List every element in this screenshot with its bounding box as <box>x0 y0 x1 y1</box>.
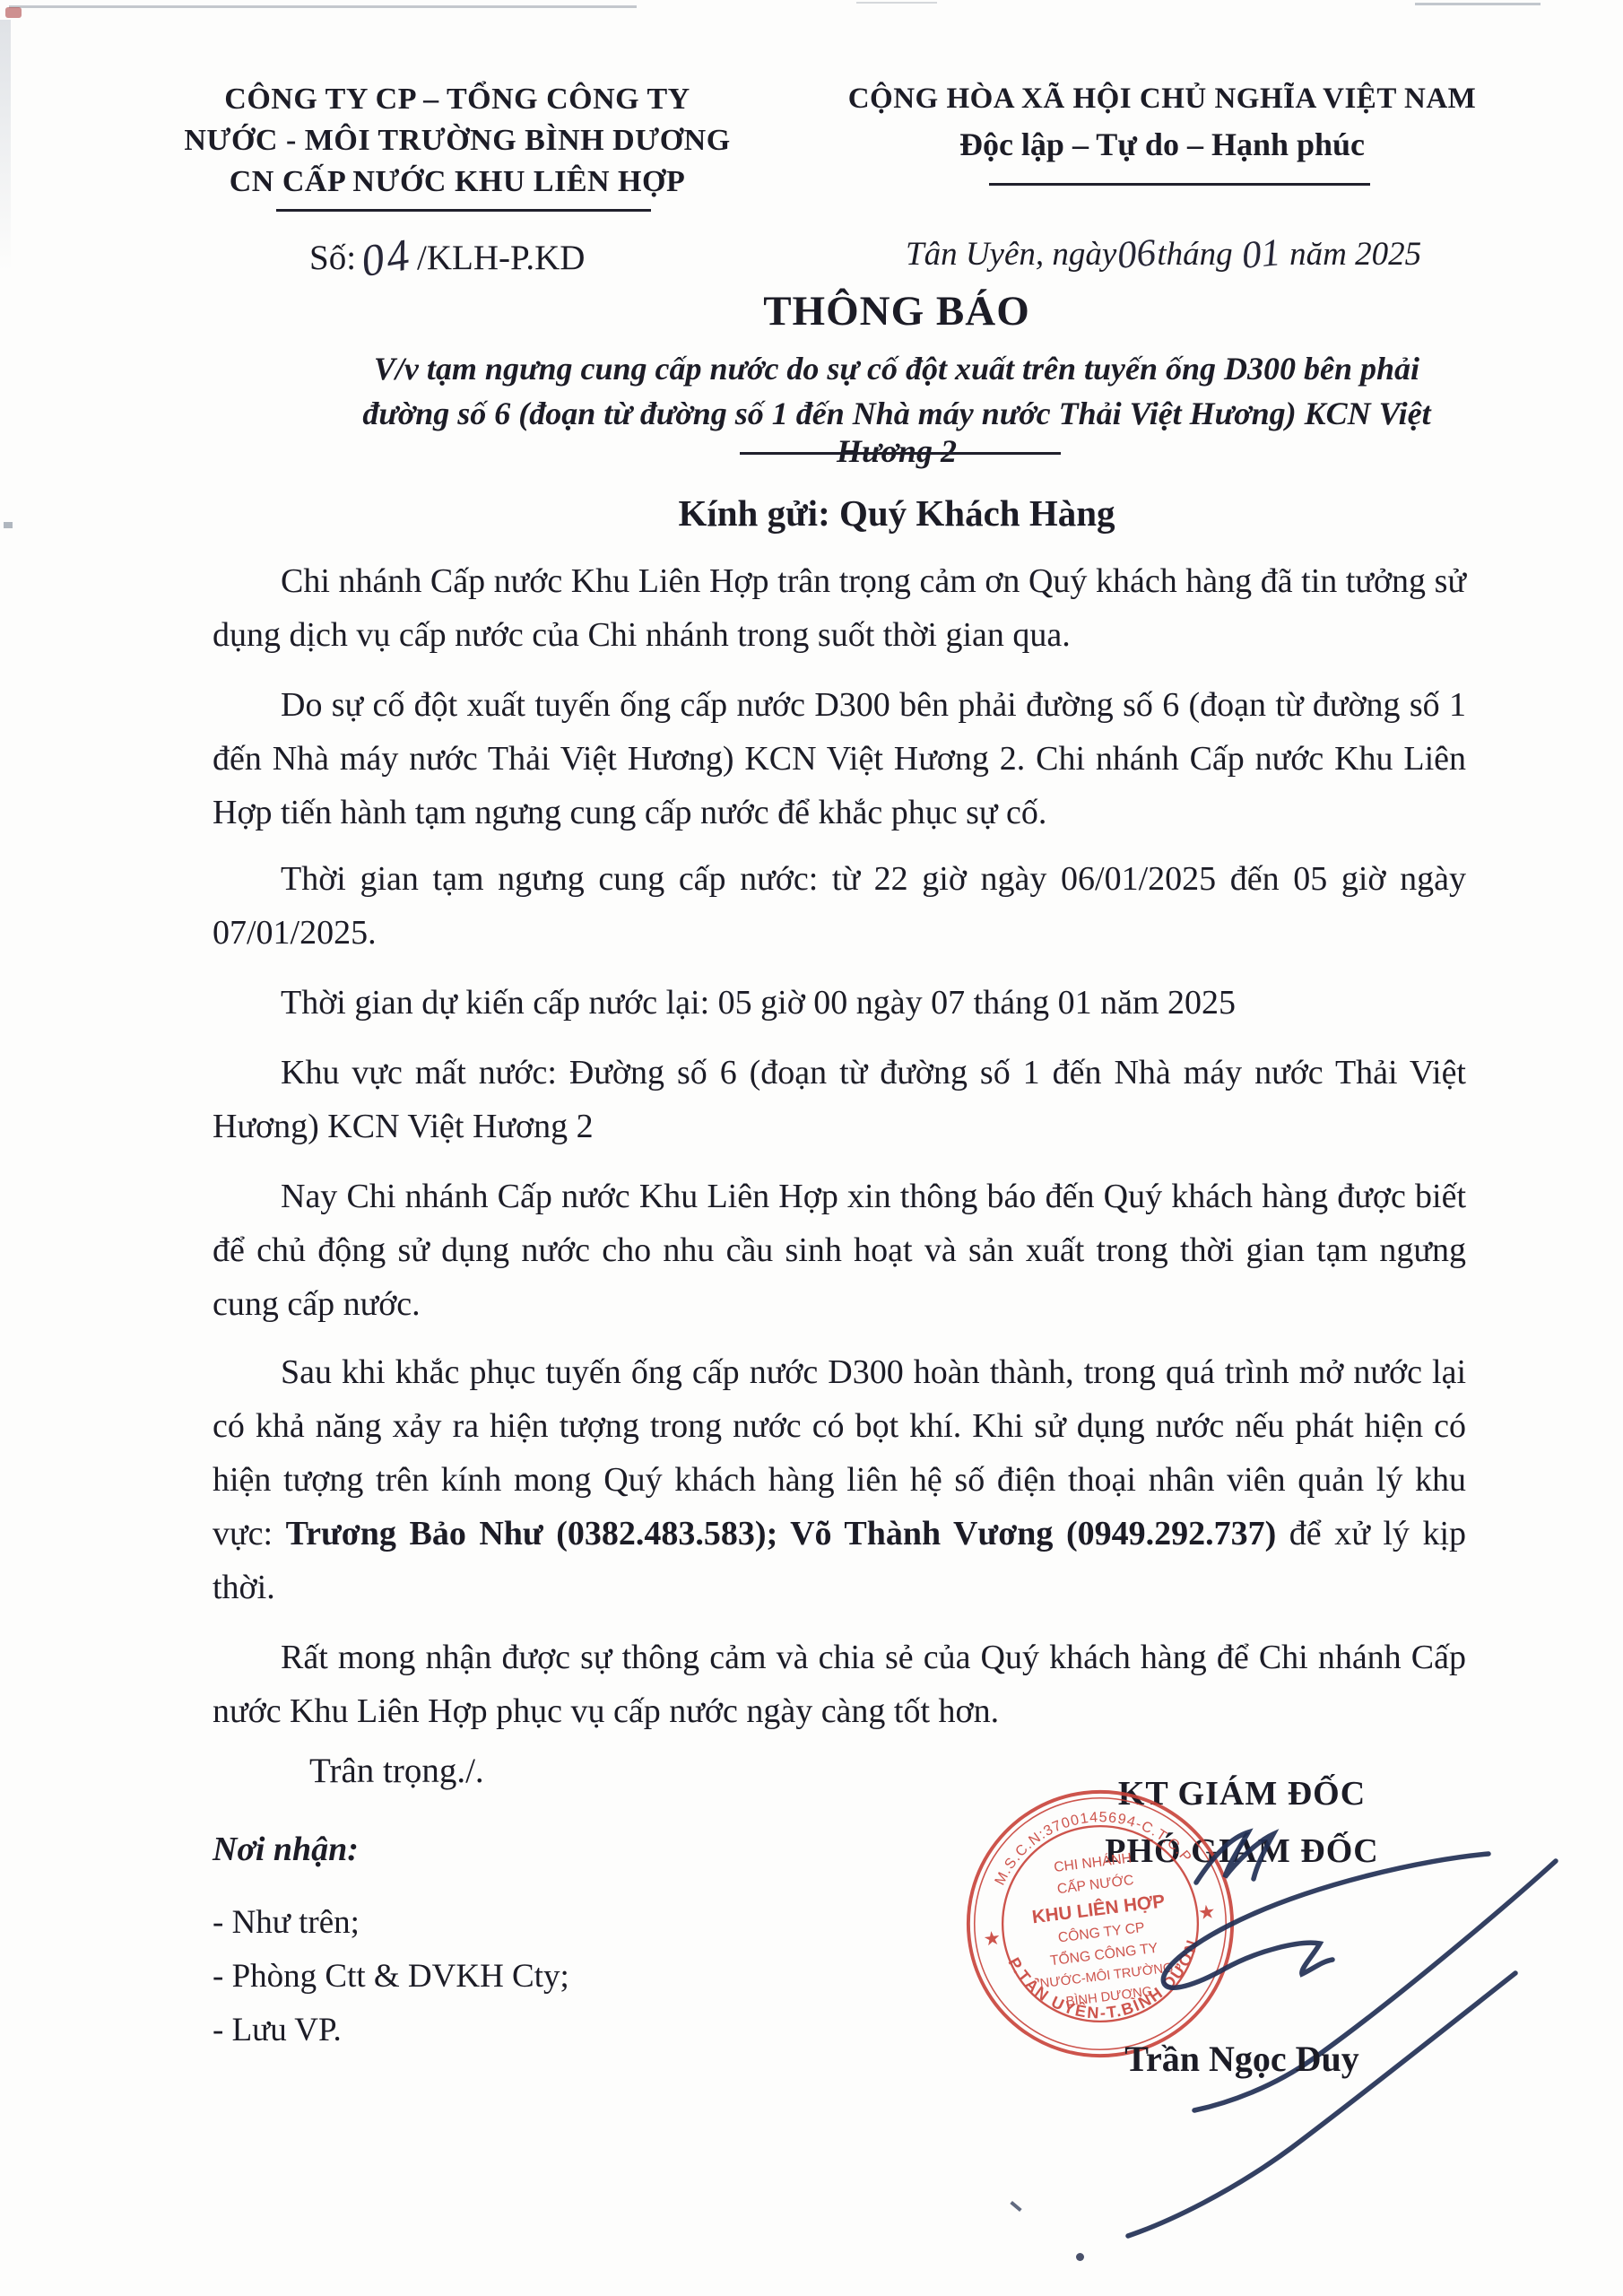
scan-artifact <box>856 2 937 4</box>
org-header-rule <box>276 209 651 212</box>
handwritten-day: 06 <box>1116 233 1159 275</box>
salutation: Kính gửi: Quý Khách Hàng <box>327 491 1466 535</box>
stamp-star-left-icon: ★ <box>982 1927 1002 1951</box>
scan-artifact <box>4 522 13 528</box>
org-branch-name: CN CẤP NƯỚC KHU LIÊN HỢP <box>175 165 740 199</box>
date-thang: tháng <box>1157 236 1232 273</box>
signer-name: Trần Ngọc Duy <box>1027 2038 1457 2080</box>
body-paragraph: Rất mong nhận được sự thông cảm và chia … <box>213 1631 1466 1738</box>
subject-rule <box>740 452 1061 455</box>
handwritten-month: 01 <box>1240 233 1282 275</box>
national-header: CỘNG HÒA XÃ HỘI CHỦ NGHĨA VIỆT NAM <box>843 83 1481 116</box>
org-name-line2: NƯỚC - MÔI TRƯỜNG BÌNH DƯƠNG <box>175 124 740 158</box>
stamp-star-right-icon: ★ <box>1197 1900 1217 1924</box>
handwritten-doc-number: 04 <box>358 231 414 283</box>
doc-title: THÔNG BÁO <box>327 287 1466 335</box>
org-name-line1: CÔNG TY CP – TỔNG CÔNG TY <box>175 83 740 117</box>
company-stamp: M.S.C.N:3700145694-C.T.C.P TP.TÂN UYÊN-T… <box>949 1772 1253 2076</box>
recipients-heading: Nơi nhận: <box>213 1830 359 1869</box>
doc-subject-line1: V/v tạm ngưng cung cấp nước do sự cố đột… <box>327 350 1466 387</box>
date-year: năm 2025 <box>1289 236 1421 273</box>
date-place: Tân Uyên, ngày <box>906 236 1116 273</box>
body-paragraph: Thời gian tạm ngưng cung cấp nước: từ 22… <box>213 852 1466 960</box>
stamp-line-cap-nuoc: CẤP NƯỚC <box>1056 1871 1135 1897</box>
body-paragraph: Thời gian dự kiến cấp nước lại: 05 giờ 0… <box>213 976 1466 1030</box>
scan-artifact <box>1010 2201 1021 2212</box>
scan-artifact <box>5 7 22 18</box>
stamp-line-chi-nhanh: CHI NHÁNH <box>1053 1849 1133 1875</box>
scanned-notice-page: CÔNG TY CP – TỔNG CÔNG TY NƯỚC - MÔI TRƯ… <box>0 0 1623 2296</box>
scan-artifact <box>0 20 11 271</box>
body-paragraph: Do sự cố đột xuất tuyến ống cấp nước D30… <box>213 678 1466 839</box>
doc-number: Số:04/KLH-P.KD <box>309 231 585 278</box>
scan-artifact <box>1076 2253 1084 2261</box>
date-line: Tân Uyên, ngày06tháng 01 năm 2025 <box>906 233 1497 274</box>
doc-subject-line2: đường số 6 (đoạn từ đường số 1 đến Nhà m… <box>327 395 1466 470</box>
motto-rule <box>989 183 1370 186</box>
national-motto: Độc lập – Tự do – Hạnh phúc <box>843 126 1481 163</box>
body-paragraph: Sau khi khắc phục tuyến ống cấp nước D30… <box>213 1345 1466 1614</box>
stamp-line-khu-lien-hop: KHU LIÊN HỢP <box>1031 1890 1167 1927</box>
scan-artifact <box>1415 3 1541 5</box>
body-paragraph: Nay Chi nhánh Cấp nước Khu Liên Hợp xin … <box>213 1170 1466 1331</box>
recipient-item: - Phòng Ctt & DVKH Cty; <box>213 1957 569 1996</box>
doc-number-code: /KLH-P.KD <box>417 239 585 277</box>
contact-names-bold: Trương Bảo Như (0382.483.583); Võ Thành … <box>286 1515 1277 1552</box>
body-paragraph: Khu vực mất nước: Đường số 6 (đoạn từ đư… <box>213 1046 1466 1153</box>
recipient-item: - Như trên; <box>213 1903 360 1942</box>
closing-phrase: Trân trọng./. <box>309 1751 484 1791</box>
doc-number-label: Số: <box>309 239 356 277</box>
body-paragraph: Chi nhánh Cấp nước Khu Liên Hợp trân trọ… <box>213 554 1466 662</box>
scan-artifact <box>9 5 637 8</box>
recipient-item: - Lưu VP. <box>213 2011 342 2049</box>
